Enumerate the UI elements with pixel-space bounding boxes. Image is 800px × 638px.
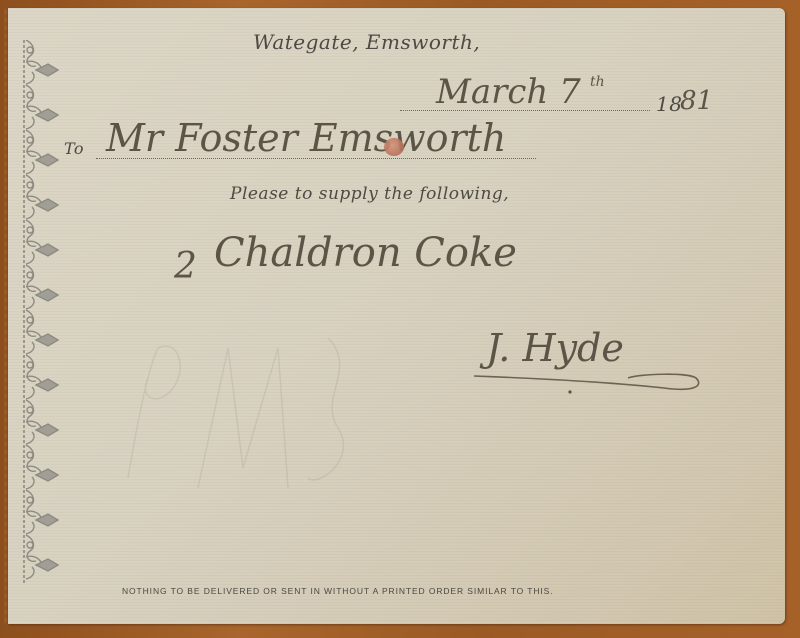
perforated-edge xyxy=(4,8,12,624)
signature-flourish xyxy=(468,358,708,403)
printed-address: Wategate, Emsworth, xyxy=(253,30,480,54)
recipient-name: Mr Foster Emsworth xyxy=(106,116,506,160)
printed-to-label: To xyxy=(64,139,84,158)
handwritten-date: March 7 xyxy=(436,72,581,112)
monogram-watermark xyxy=(118,328,378,498)
handwritten-year: 81 xyxy=(680,86,713,116)
order-item: Chaldron Coke xyxy=(214,230,517,276)
printed-year-prefix: 18 xyxy=(656,92,682,116)
fleur-de-lis-border-icon xyxy=(18,40,64,585)
footer-notice: NOTHING TO BE DELIVERED OR SENT IN WITHO… xyxy=(122,586,554,596)
date-ordinal-suffix: th xyxy=(590,74,605,90)
order-quantity: 2 xyxy=(174,246,197,287)
order-sheet: Wategate, Emsworth, March 7 th 18 81 To … xyxy=(8,8,785,624)
stain-mark xyxy=(384,138,404,156)
printed-instruction: Please to supply the following, xyxy=(230,184,509,204)
